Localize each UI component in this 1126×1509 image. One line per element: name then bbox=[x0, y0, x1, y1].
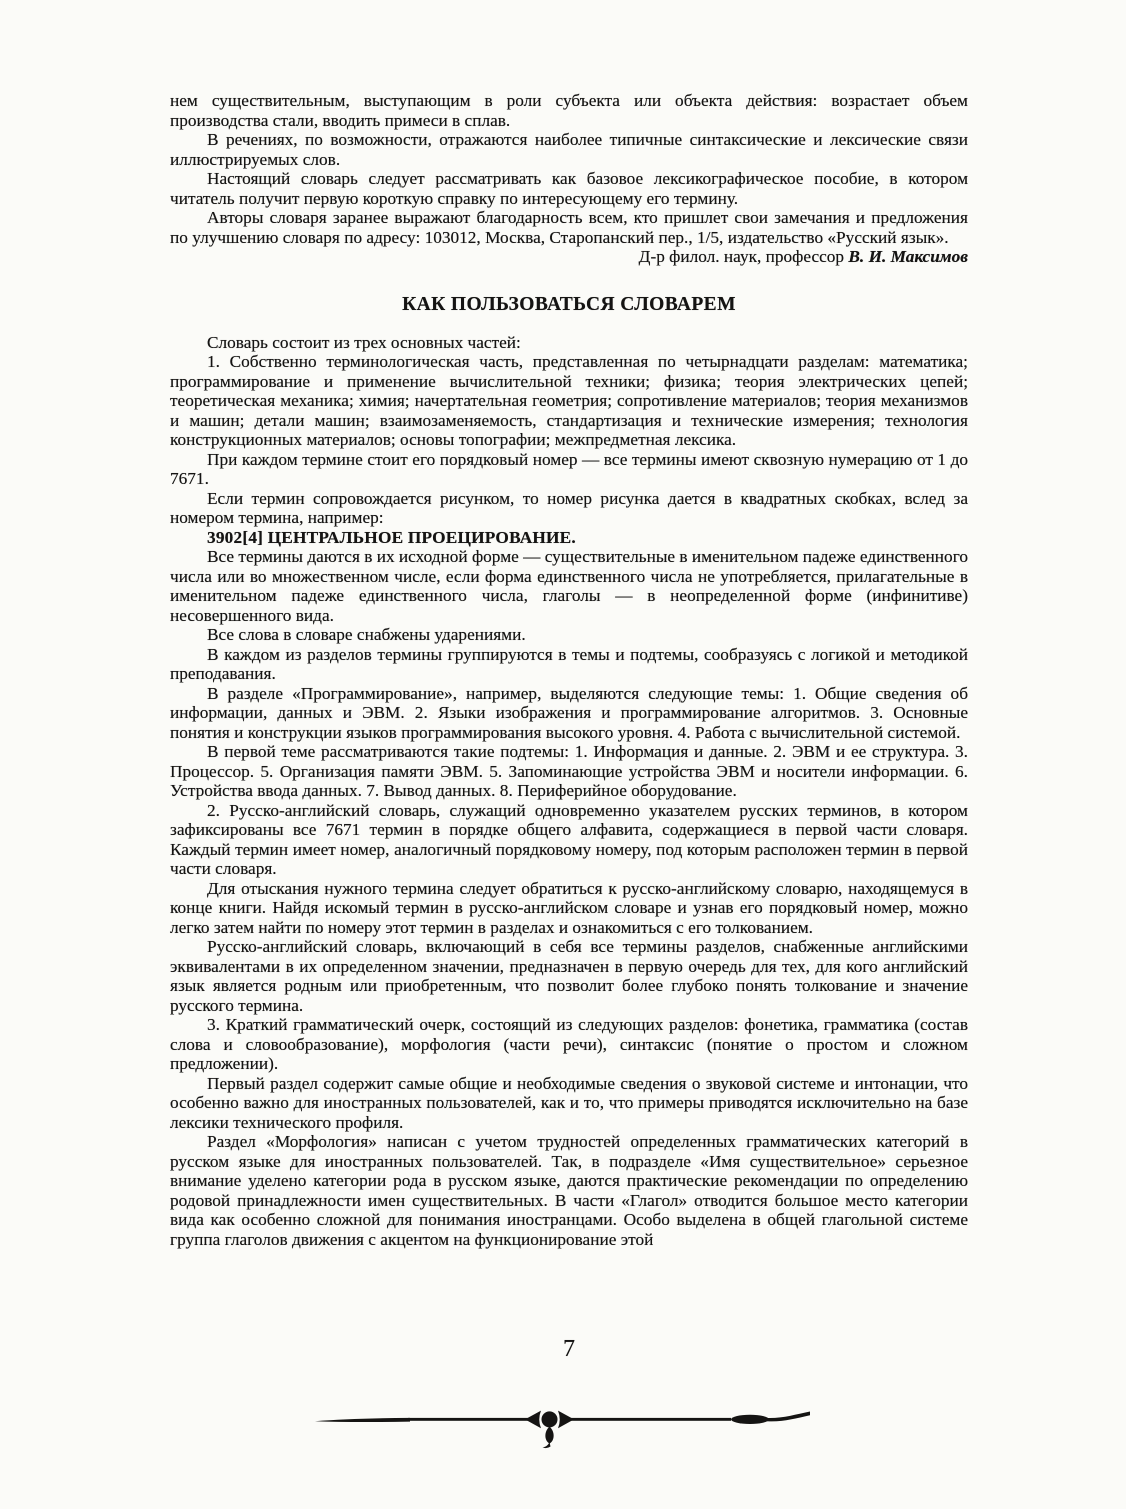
paragraph: В разделе «Программирование», например, … bbox=[170, 684, 968, 743]
section-heading: КАК ПОЛЬЗОВАТЬСЯ СЛОВАРЕМ bbox=[170, 294, 968, 316]
paragraph: Настоящий словарь следует рассматривать … bbox=[170, 169, 968, 208]
signature-prefix: Д-р филол. наук, профессор bbox=[639, 247, 849, 266]
paragraph: В речениях, по возможности, отражаются н… bbox=[170, 130, 968, 169]
paragraph: В первой теме рассматриваются такие подт… bbox=[170, 742, 968, 801]
footer-ornament bbox=[0, 1398, 1126, 1455]
paragraph: Первый раздел содержит самые общие и нео… bbox=[170, 1074, 968, 1133]
paragraph: нем существительным, выступающим в роли … bbox=[170, 91, 968, 130]
usage-paragraphs: Словарь состоит из трех основных частей:… bbox=[170, 333, 968, 1250]
footer-ornament-icon bbox=[313, 1398, 813, 1450]
paragraph: В каждом из разделов термины группируютс… bbox=[170, 645, 968, 684]
paragraph: При каждом термине стоит его порядковый … bbox=[170, 450, 968, 489]
paragraph: Русско-английский словарь, включающий в … bbox=[170, 937, 968, 1015]
paragraph: 2. Русско-английский словарь, служащий о… bbox=[170, 801, 968, 879]
book-page: нем существительным, выступающим в роли … bbox=[0, 0, 1126, 1509]
paragraph: Раздел «Морфология» написан с учетом тру… bbox=[170, 1132, 968, 1249]
page-number: 7 bbox=[170, 1336, 968, 1362]
term-example-paragraph: 3902[4] ЦЕНТРАЛЬНОЕ ПРОЕЦИРОВАНИЕ. bbox=[170, 528, 968, 548]
paragraph: 1. Собственно терминологическая часть, п… bbox=[170, 352, 968, 450]
paragraph: 3. Краткий грамматический очерк, состоящ… bbox=[170, 1015, 968, 1074]
paragraph: Если термин сопровождается рисунком, то … bbox=[170, 489, 968, 528]
paragraph: Авторы словаря заранее выражают благодар… bbox=[170, 208, 968, 247]
intro-paragraphs: нем существительным, выступающим в роли … bbox=[170, 91, 968, 247]
text-block: нем существительным, выступающим в роли … bbox=[170, 91, 968, 1249]
paragraph: Все термины даются в их исходной форме —… bbox=[170, 547, 968, 625]
paragraph: Для отыскания нужного термина следует об… bbox=[170, 879, 968, 938]
paragraph: Все слова в словаре снабжены ударениями. bbox=[170, 625, 968, 645]
signature-line: Д-р филол. наук, профессор В. И. Максимо… bbox=[170, 247, 968, 267]
paragraph: Словарь состоит из трех основных частей: bbox=[170, 333, 968, 353]
signature-name: В. И. Максимов bbox=[848, 247, 968, 266]
